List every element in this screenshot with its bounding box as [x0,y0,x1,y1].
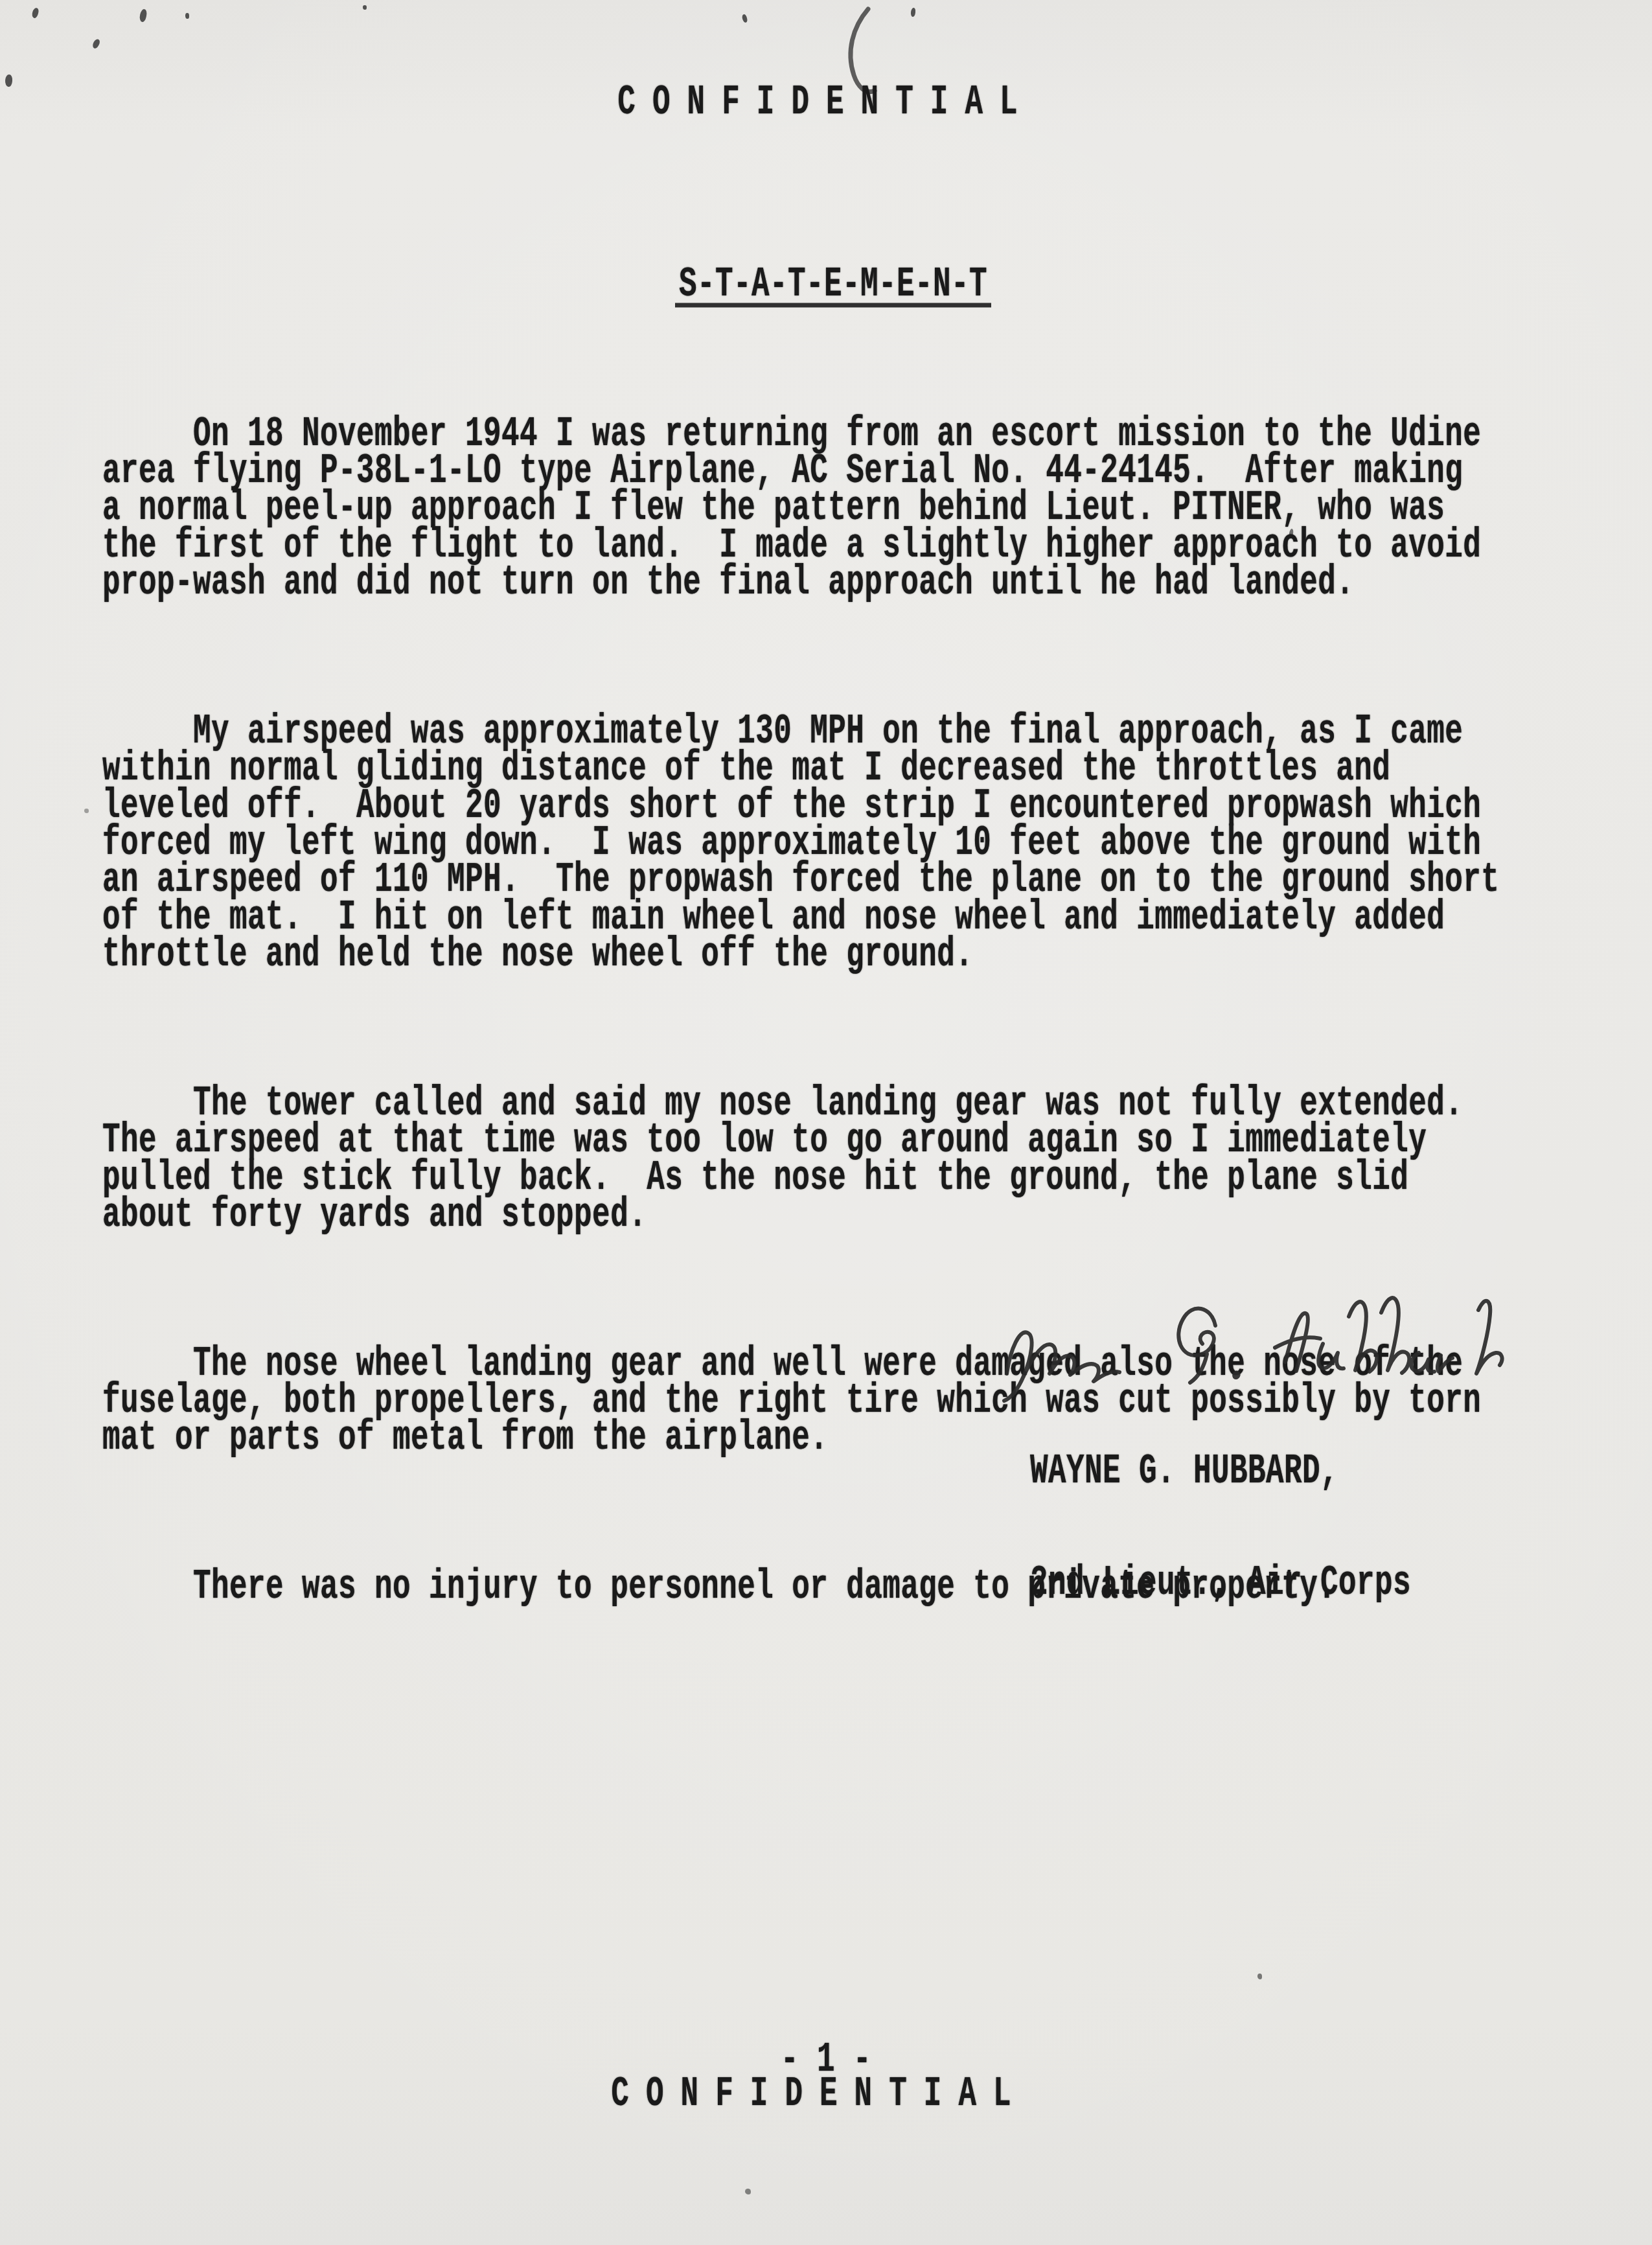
ink-speck [185,13,189,19]
ink-speck [910,8,916,17]
statement-paragraph: On 18 November 1944 I was returning from… [102,416,1592,602]
classification-footer: CONFIDENTIAL [0,2073,1652,2115]
signature-typed-name: WAYNE G. HUBBARD, [1030,1453,1411,1490]
ink-speck [139,8,148,23]
statement-paragraph: The tower called and said my nose landin… [102,1085,1592,1234]
signature-typed-rank: 2nd Lieut., Air Corps [1030,1565,1411,1602]
ink-speck [742,14,748,23]
statement-title: S-T-A-T-E-M-E-N-T [675,268,991,307]
document-page: CONFIDENTIAL S-T-A-T-E-M-E-N-T On 18 Nov… [0,0,1652,2245]
classification-header: CONFIDENTIAL [0,82,1652,123]
ink-speck [363,5,367,10]
ink-speck [84,809,89,813]
statement-paragraph: My airspeed was approximately 130 MPH on… [102,713,1592,974]
ink-speck [31,7,40,19]
signature-block: WAYNE G. HUBBARD, 2nd Lieut., Air Corps [1030,1379,1411,1676]
ink-speck [1257,1974,1262,1979]
ink-speck [745,2189,751,2194]
ink-speck [91,38,101,49]
statement-title-row: S-T-A-T-E-M-E-N-T [0,236,1652,340]
